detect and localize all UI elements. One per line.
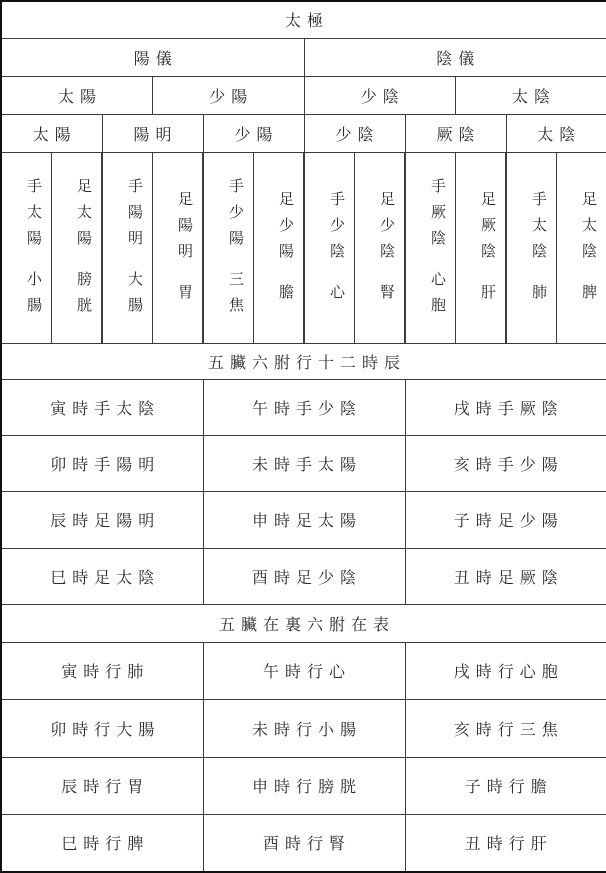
section1-header: 五臟六胕行十二時辰 (1, 343, 606, 379)
meridian-name: 手陽明 (126, 172, 143, 256)
meridian-name: 手少陽 (227, 172, 244, 256)
meridian-name: 手少陰 (328, 185, 345, 269)
level3-cell: 少陰 (304, 76, 456, 114)
meridian-cell: 足少陰腎 (355, 152, 406, 343)
organ-name: 胃 (176, 278, 193, 310)
meridian-cell: 手太陰肺 (506, 152, 557, 343)
organ-name: 大腸 (126, 265, 143, 323)
level3-cell: 太陽 (1, 76, 153, 114)
schedule-cell: 戌時手厥陰 (405, 379, 606, 435)
schedule-cell: 丑時足厥陰 (405, 548, 606, 604)
level4-cell: 太陽 (1, 114, 102, 152)
meridian-name: 手厥陰 (429, 172, 446, 256)
meridian-cell: 足太陰脾 (557, 152, 606, 343)
meridian-name: 足少陽 (277, 185, 294, 269)
schedule-cell: 子時足少陽 (405, 491, 606, 548)
meridian-cell: 足陽明胃 (153, 152, 204, 343)
meridian-cell: 足太陽膀胱 (52, 152, 103, 343)
schedule-cell: 寅時手太陰 (1, 379, 203, 435)
organ-schedule-cell: 酉時行腎 (203, 814, 405, 872)
schedule-cell: 酉時足少陰 (203, 548, 405, 604)
organ-name: 肝 (479, 278, 496, 310)
organ-name: 膀胱 (75, 265, 92, 323)
level4-cell: 厥陰 (405, 114, 506, 152)
level4-cell: 太陰 (506, 114, 606, 152)
schedule-cell: 辰時足陽明 (1, 491, 203, 548)
meridian-name: 足陽明 (176, 185, 193, 269)
level4-cell: 少陰 (304, 114, 405, 152)
meridian-cell: 手太陽小腸 (1, 152, 52, 343)
schedule-cell: 申時足太陽 (203, 491, 405, 548)
level4-cell: 少陽 (203, 114, 304, 152)
meridian-name: 手太陰 (530, 185, 547, 269)
organ-schedule-cell: 戌時行心胞 (405, 642, 606, 699)
organ-name: 脾 (580, 278, 597, 310)
organ-name: 小腸 (25, 265, 42, 323)
level4-cell: 陽明 (102, 114, 203, 152)
organ-schedule-cell: 午時行心 (203, 642, 405, 699)
meridian-name: 足厥陰 (479, 185, 496, 269)
organ-schedule-cell: 申時行膀胱 (203, 757, 405, 814)
section2-header: 五臟在裏六胕在表 (1, 604, 606, 642)
meridian-cell: 手少陽三焦 (203, 152, 254, 343)
meridian-name: 足太陰 (580, 185, 597, 269)
organ-name: 心 (328, 278, 345, 310)
level3-cell: 少陽 (153, 76, 305, 114)
organ-schedule-cell: 子時行膽 (405, 757, 606, 814)
organ-schedule-cell: 辰時行胃 (1, 757, 203, 814)
schedule-cell: 巳時足太陰 (1, 548, 203, 604)
organ-schedule-cell: 亥時行三焦 (405, 699, 606, 757)
yang-yi-cell: 陽儀 (1, 38, 304, 76)
meridian-cell: 手陽明大腸 (102, 152, 153, 343)
meridian-cell: 足厥陰肝 (456, 152, 507, 343)
meridian-name: 手太陽 (25, 172, 42, 256)
meridian-table: 太極 陽儀 陰儀 太陽 少陽 少陰 太陰 太陽 陽明 少陽 少陰 厥陰 太陰 手… (0, 0, 606, 873)
meridian-name: 足太陽 (75, 172, 92, 256)
meridian-cell: 足少陽膽 (254, 152, 305, 343)
organ-schedule-cell: 寅時行肺 (1, 642, 203, 699)
meridian-cell: 手少陰心 (304, 152, 355, 343)
schedule-cell: 午時手少陰 (203, 379, 405, 435)
organ-schedule-cell: 巳時行脾 (1, 814, 203, 872)
meridian-cell: 手厥陰心胞 (405, 152, 456, 343)
yin-yi-cell: 陰儀 (304, 38, 606, 76)
organ-name: 心胞 (429, 265, 446, 323)
organ-schedule-cell: 未時行小腸 (203, 699, 405, 757)
organ-name: 三焦 (227, 265, 244, 323)
meridian-name: 足少陰 (378, 185, 395, 269)
organ-name: 腎 (378, 278, 395, 310)
schedule-cell: 卯時手陽明 (1, 435, 203, 491)
taiji-header: 太極 (1, 1, 606, 38)
level3-cell: 太陰 (456, 76, 606, 114)
organ-name: 肺 (530, 278, 547, 310)
schedule-cell: 亥時手少陽 (405, 435, 606, 491)
organ-name: 膽 (277, 278, 294, 310)
schedule-cell: 未時手太陽 (203, 435, 405, 491)
tcm-meridian-chart: 太極 陽儀 陰儀 太陽 少陽 少陰 太陰 太陽 陽明 少陽 少陰 厥陰 太陰 手… (0, 0, 606, 871)
organ-schedule-cell: 卯時行大腸 (1, 699, 203, 757)
organ-schedule-cell: 丑時行肝 (405, 814, 606, 872)
